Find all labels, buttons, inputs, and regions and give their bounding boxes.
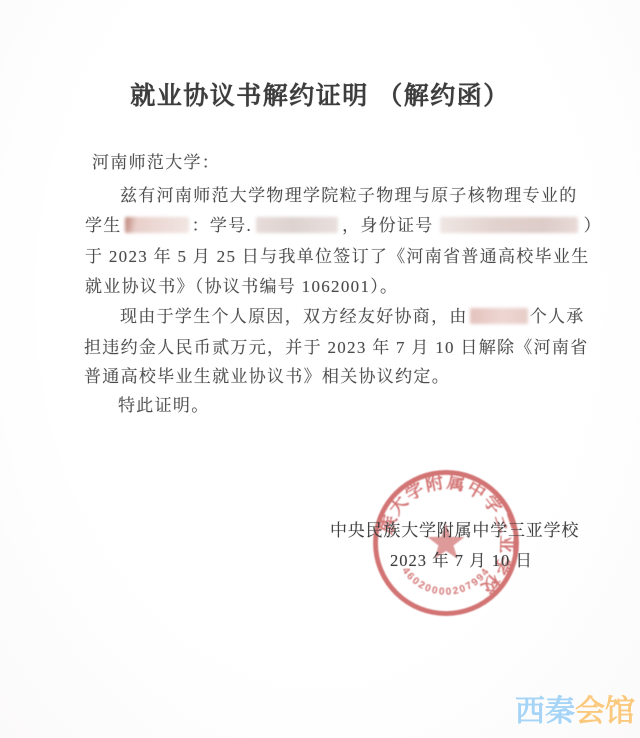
- signature-date: 2023 年 7 月 10 日: [390, 547, 533, 571]
- signature-organization: 中央民族大学附属中学三亚学校: [330, 516, 579, 541]
- salutation: 河南师范大学：: [92, 148, 220, 173]
- watermark-text-orange: 会馆: [575, 695, 635, 728]
- body-line-2-text: ）: [584, 216, 602, 235]
- redaction-id-number: [440, 217, 578, 233]
- body-line-1: 兹有河南师范大学物理学院粒子物理与原子核物理专业的: [120, 181, 578, 206]
- body-line-5: 现由于学生个人原因，双方经友好协商，由个人承: [120, 302, 585, 327]
- watermark-text-blue: 西秦: [515, 695, 575, 728]
- body-line-7: 普通高校毕业生就业协议书》相关协议约定。: [84, 362, 450, 387]
- body-line-6: 担违约金人民币贰万元，并于 2023 年 7 月 10 日解除《河南省: [84, 333, 589, 358]
- redaction-student-number: [256, 217, 338, 233]
- redaction-student-name-2: [470, 308, 528, 324]
- body-line-5-text: 现由于学生个人原因，双方经友好协商，由: [120, 307, 468, 326]
- body-line-4: 就业协议书》（协议书编号 1062001）。: [85, 272, 398, 297]
- body-line-2-text: 学生: [85, 216, 122, 235]
- body-line-2-text: ，身份证号: [342, 216, 434, 235]
- body-line-5-text: 个人承: [530, 307, 585, 326]
- scanned-document-page: 就业协议书解约证明 （解约函） 河南师范大学： 兹有河南师范大学物理学院粒子物理…: [0, 0, 640, 738]
- official-seal-stamp: 中央民族大学附属中学三亚学校 46020000207994: [371, 468, 521, 618]
- body-line-2-text: ：学号.: [192, 216, 252, 235]
- site-watermark: 西秦会馆: [515, 686, 635, 730]
- redaction-student-name: [125, 217, 189, 233]
- document-title: 就业协议书解约证明 （解约函）: [0, 76, 640, 112]
- body-line-3: 于 2023 年 5 月 25 日与我单位签订了《河南省普通高校毕业生: [85, 242, 590, 267]
- body-line-8: 特此证明。: [118, 391, 210, 416]
- body-line-2: 学生：学号.，身份证号）: [85, 211, 602, 236]
